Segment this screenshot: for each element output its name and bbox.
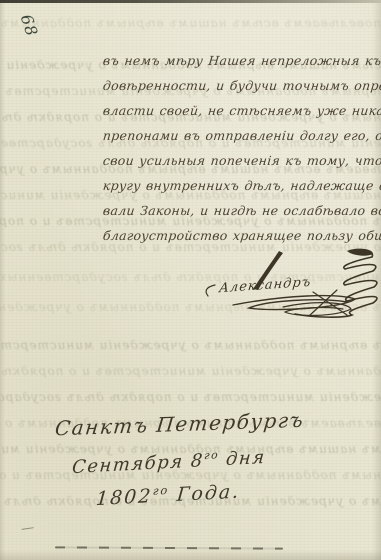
year-number: 1802 — [95, 485, 153, 510]
manuscript-line: благоустройство хранящее пользу общую. — [102, 228, 381, 243]
year-word: Года. — [168, 480, 241, 506]
manuscript-line: свои усильныя попеченія къ тому, чтобы в… — [102, 153, 381, 168]
manuscript-scan: повелѣваемъ всѣмъ нашимъ вѣрнымъ подданн… — [0, 0, 381, 560]
date-ordinal-suffix: го — [204, 448, 220, 462]
year-ordinal-suffix: го — [152, 483, 170, 498]
manuscript-line: препонами въ отправленіи долгу его, обра… — [102, 128, 381, 143]
manuscript-line: въ немъ мѣру Нашея непреложныя къ нему — [102, 53, 381, 68]
page-top-edge-shadow — [0, 0, 381, 3]
manuscript-line: власти своей, не стѣсняемъ уже никакими — [102, 103, 381, 118]
manuscript-line: кругу внутреннихъ дѣлъ, надлежаще дѣйств… — [102, 178, 381, 193]
signature-block: Александръ — [195, 248, 380, 326]
manuscript-line: довѣренности, и будучи точнымъ опредѣлен… — [102, 78, 381, 93]
manuscript-line: вали Законы, и нигдѣ не ослабѣвало всяко… — [102, 203, 381, 218]
date-word-day: дня — [218, 447, 267, 471]
